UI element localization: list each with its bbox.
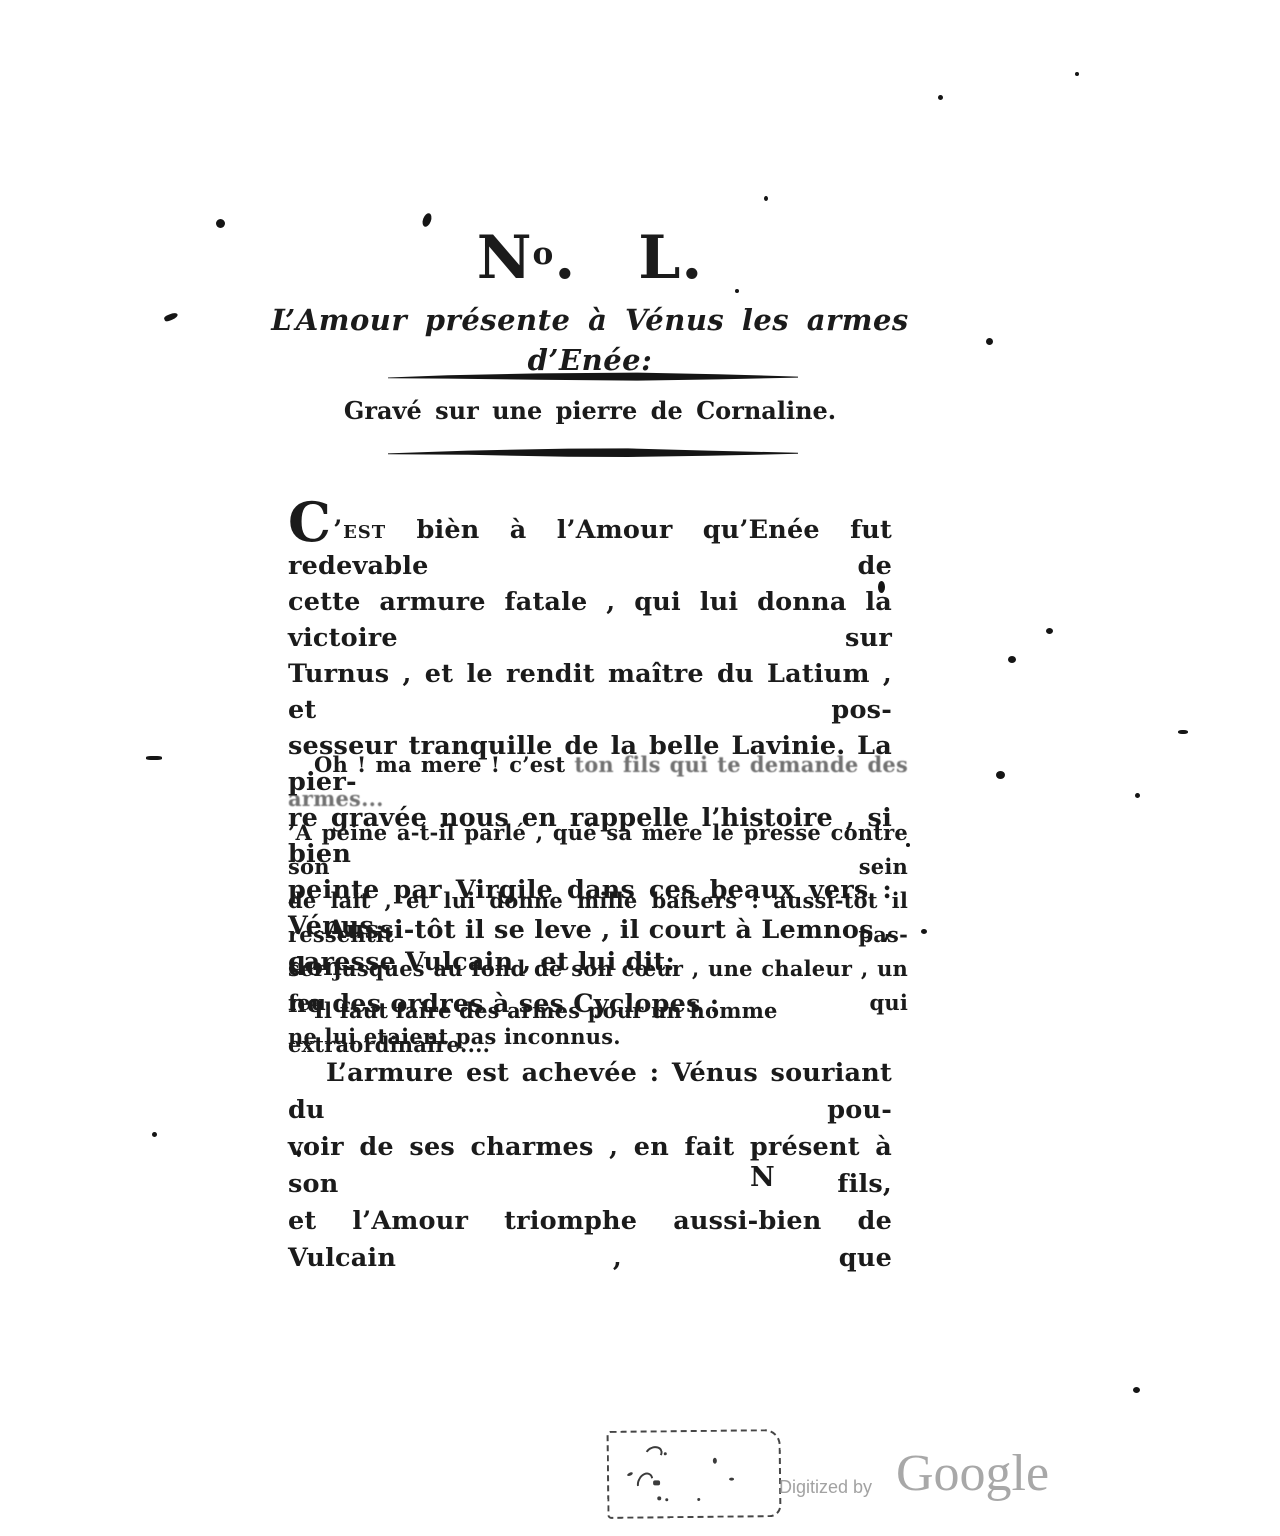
swelled-rule-bottom [388, 446, 798, 460]
small-caps: ’est [333, 515, 386, 545]
chapter-subtitle: L’Amour présente à Vénus les armes d’Ené… [250, 300, 930, 380]
stamp-mark [729, 1478, 734, 1481]
text-line: L’armure est achevée : Vénus souriant du… [288, 1055, 892, 1129]
engraving-caption: Gravé sur une pierre de Cornaline. [288, 394, 892, 428]
text-line: et l’Amour triomphe aussi-bien de Vulcai… [288, 1203, 892, 1277]
number-numeral: L. [638, 228, 703, 292]
scan-speck [921, 929, 927, 934]
scan-speck [421, 212, 433, 228]
quotation-2: Il faut faire des armes pour un homme ex… [288, 994, 908, 1062]
stamp-mark [713, 1458, 717, 1464]
text-line: Oh ! ma mere ! c’est ton fils qui te dem… [288, 748, 908, 816]
text-line: Turnus , et le rendit maître du Latium ,… [288, 656, 892, 728]
stamp-mark [697, 1498, 700, 1501]
scan-speck [146, 756, 162, 760]
scan-speck [1075, 72, 1079, 76]
scan-speck [163, 312, 178, 323]
text-line: cette armure fatale , qui lui donna la v… [288, 584, 892, 656]
swelled-rule-top [388, 370, 798, 384]
scan-speck [986, 338, 993, 345]
scan-speck [1135, 793, 1140, 798]
stamp-mark [665, 1498, 668, 1501]
text-line: Aussi-tôt il se leve , il court à Lemnos… [288, 912, 892, 986]
stamp-mark [653, 1480, 660, 1485]
drop-cap: C [288, 490, 331, 554]
ordinal-sup: o [533, 236, 555, 272]
paragraph-3: L’armure est achevée : Vénus souriant du… [288, 1055, 892, 1277]
scan-speck [878, 581, 885, 593]
scan-speck [764, 196, 768, 201]
scan-speck [938, 95, 943, 100]
scan-speck [1046, 628, 1053, 634]
library-stamp [607, 1429, 782, 1519]
text-line: voir de ses charmes , en fait présent à … [288, 1129, 892, 1203]
signature-mark: N [750, 1162, 775, 1193]
text-line: ’A peine a-t-il parlé , qué sa mere le p… [288, 816, 908, 884]
scan-speck [1178, 730, 1188, 734]
scan-speck [996, 771, 1005, 779]
scan-speck [216, 219, 225, 228]
stamp-mark [643, 1444, 665, 1463]
number-label: No. [477, 228, 577, 292]
scan-speck [735, 289, 739, 293]
text-line: Il faut faire des armes pour un homme ex… [288, 994, 908, 1062]
google-logo: Google [896, 1446, 1049, 1502]
digitized-by-label: Digitized by [779, 1477, 872, 1498]
stamp-mark [627, 1472, 634, 1477]
scan-speck [152, 1132, 157, 1137]
page-title: No. L. [288, 228, 892, 292]
stamp-mark [664, 1452, 667, 1455]
text-line: C’est bièn à l’Amour qu’Enée fut redevab… [288, 512, 892, 584]
scan-speck [1008, 656, 1016, 663]
scan-speck [1133, 1387, 1140, 1393]
stamp-mark [657, 1496, 661, 1500]
scan-speck [906, 843, 910, 847]
